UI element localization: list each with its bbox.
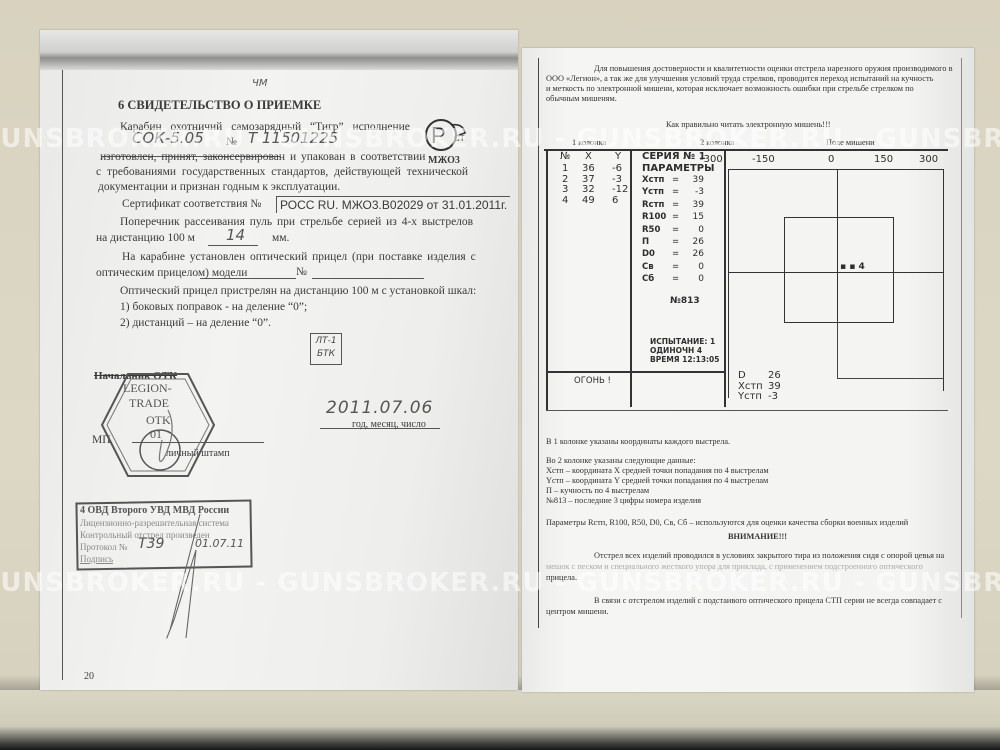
- column-label: 1 колонка: [572, 138, 606, 147]
- column-label: Поле мишени: [826, 138, 875, 147]
- param-eq: =: [672, 200, 679, 210]
- spread-handwritten: 14: [226, 226, 245, 244]
- stamp-text: 01: [150, 427, 162, 442]
- test-info: ИСПЫТАНИЕ: 1: [650, 337, 715, 346]
- right-page: Для повышения достоверности и квалитетно…: [522, 48, 974, 692]
- cert-label: Сертификат соответствия №: [122, 198, 261, 210]
- scope-model-field: [200, 264, 296, 279]
- axis-tick: -150: [752, 154, 775, 165]
- note-line: П – кучность по 4 выстрелам: [546, 486, 649, 495]
- cert-value: РОСС RU. МЖО3.В02029 от 31.01.2011г.: [276, 196, 510, 213]
- param-eq: =: [672, 212, 679, 222]
- spread-unit: мм.: [272, 232, 289, 244]
- attention-text: прицела.: [546, 573, 577, 582]
- printout-frame: [544, 149, 948, 151]
- how-to-read-title: Как правильно читать электронную мишень!…: [666, 120, 830, 129]
- page-number: 20: [84, 671, 94, 682]
- target-outer-frame: [728, 169, 943, 170]
- shot-number: 2: [562, 174, 568, 185]
- attention-text: центром мишени.: [546, 607, 608, 616]
- text-line: На карабине установлен оптический прицел…: [122, 251, 476, 263]
- shot-y: -3: [612, 174, 622, 185]
- param-value: 26: [690, 249, 704, 259]
- shot-y: -6: [612, 163, 622, 174]
- shot-y: 6: [612, 195, 618, 206]
- pct-certification-icon: P CT: [423, 115, 473, 157]
- column-label: 2 колонка: [700, 138, 734, 147]
- text-line: Поперечник рассеивания пуль при стрельбе…: [120, 216, 473, 228]
- stamp-line: ЛТ-1: [311, 334, 341, 348]
- row-divider: [546, 371, 724, 373]
- stamp-line: БТК: [311, 348, 341, 361]
- test-info: ВРЕМЯ 12:13:05: [650, 355, 720, 364]
- target-bottom-line: [837, 378, 944, 379]
- param-eq: =: [672, 237, 679, 247]
- shot-y: -12: [612, 184, 628, 195]
- page-border: [961, 58, 962, 618]
- shot-number: 4: [562, 195, 568, 206]
- shot-x: 36: [582, 163, 595, 174]
- shot-x: 49: [582, 195, 595, 206]
- param-eq: =: [672, 187, 679, 197]
- param-value: -3: [690, 187, 704, 197]
- intro-line: Для повышения достоверности и квалитетно…: [594, 64, 953, 73]
- param-value: 0: [690, 225, 704, 235]
- date-handwritten: 2011.07.06: [326, 398, 433, 418]
- note-line: Yстп – координата Y средней точки попада…: [546, 476, 768, 485]
- intro-line: обычным мишеням.: [546, 94, 617, 103]
- serial-handwritten: Т 11501225: [248, 129, 338, 147]
- target-inner-square: [784, 217, 894, 323]
- note-line: В 1 колонке указаны координаты каждого в…: [546, 437, 730, 446]
- stamp-text: TRADE: [129, 396, 169, 411]
- text-line: 2) дистанций – на деление “0”.: [120, 317, 271, 329]
- param-value: 39: [690, 200, 704, 210]
- param-value: 0: [690, 274, 704, 284]
- text-line: 1) боковых поправок - на деление “0”;: [120, 301, 307, 313]
- shot-cluster-marker: ▪ ▪ 4: [840, 262, 865, 272]
- left-page: ЧМ 6 СВИДЕТЕЛЬСТВО О ПРИЕМКЕ Карабин охо…: [40, 30, 518, 690]
- axis-tick: 300: [919, 154, 938, 165]
- summary-key: D: [738, 370, 746, 381]
- target-vertical-axis: [837, 321, 838, 379]
- attention-text: мешок с песком и специального жесткого у…: [546, 562, 923, 571]
- column-divider: [630, 149, 632, 407]
- shots-header-n: №: [560, 151, 570, 162]
- lt1-stamp: ЛТ-1 БТК: [310, 333, 342, 365]
- param-key: Сб: [642, 274, 654, 284]
- param-value: 39: [690, 175, 704, 185]
- serial-tail: №813: [670, 296, 700, 306]
- text-line: с требованиями государственных стандарто…: [96, 166, 468, 178]
- target-outer-frame: [943, 169, 944, 391]
- attention-text: Отстрел всех изделий проводился в услови…: [594, 551, 944, 560]
- summary-value: -3: [768, 391, 778, 402]
- page-curl: [40, 30, 518, 70]
- param-key: П: [642, 237, 649, 247]
- param-key: Ycтп: [642, 187, 664, 197]
- param-eq: =: [672, 225, 679, 235]
- param-key: Св: [642, 262, 654, 272]
- text-line: документации и признан годным к эксплуат…: [98, 181, 340, 193]
- summary-key: Хстп: [738, 381, 763, 392]
- page-border: [62, 70, 63, 680]
- param-key: R50: [642, 225, 660, 235]
- shot-x: 37: [582, 174, 595, 185]
- param-key: R100: [642, 212, 666, 222]
- page-border: [538, 58, 539, 628]
- fire-label: ОГОНЬ !: [574, 376, 611, 386]
- cert-mark-label: МЖО3: [428, 155, 460, 166]
- param-eq: =: [672, 274, 679, 284]
- section-title: 6 СВИДЕТЕЛЬСТВО О ПРИЕМКЕ: [118, 98, 321, 113]
- column-divider: [724, 149, 726, 407]
- svg-text:P: P: [431, 123, 446, 148]
- axis-tick: 0: [828, 154, 834, 165]
- note-line: №813 – последние 3 цифры номера изделия: [546, 496, 701, 505]
- summary-value: 39: [768, 381, 781, 392]
- top-mark: ЧМ: [252, 78, 267, 89]
- param-value: 0: [690, 262, 704, 272]
- shots-header-y: Y: [615, 151, 621, 162]
- stamp-text: OTK: [146, 413, 171, 428]
- param-eq: =: [672, 262, 679, 272]
- desk-surface: [0, 690, 1000, 750]
- param-key: Rcтп: [642, 200, 664, 210]
- param-key: D0: [642, 249, 655, 259]
- scope-number-label: №: [296, 266, 307, 278]
- param-eq: =: [672, 249, 679, 259]
- shot-number: 3: [562, 184, 568, 195]
- intro-line: и меткость по электронной мишени, котора…: [546, 84, 914, 93]
- attention-title: ВНИМАНИЕ!!!: [728, 532, 787, 541]
- mvd-stamp-line: Протокол №: [80, 542, 127, 552]
- series-label: СЕРИЯ № 1: [642, 151, 706, 162]
- param-key: Хстп: [642, 175, 664, 185]
- note-line: Во 2 колонке указаны следующие данные:: [546, 456, 696, 465]
- scope-number-field: [312, 264, 424, 279]
- intro-line: ООО «Легион», а так же для улучшения усл…: [546, 74, 933, 83]
- signature-scribble: [160, 510, 220, 650]
- test-info: ОДИНОЧН 4: [650, 346, 702, 355]
- date-label: год, месяц, число: [352, 419, 426, 430]
- param-value: 15: [690, 212, 704, 222]
- note-line: Параметры Rстп, R100, R50, D0, Св, Сб – …: [546, 518, 908, 527]
- variant-handwritten: СОК-5.05: [132, 129, 204, 147]
- text-line: изготовлен, принят, законсервирован и уп…: [100, 151, 425, 163]
- note-line: Хстп – координата X средней точки попада…: [546, 466, 769, 475]
- param-value: 26: [690, 237, 704, 247]
- attention-text: В связи с отстрелом изделий с подстаивог…: [594, 596, 942, 605]
- shot-number: 1: [562, 163, 568, 174]
- mvd-stamp-line: Подпись: [80, 554, 113, 564]
- stamp-text: LEGION-: [123, 381, 172, 396]
- target-outer-frame: [728, 170, 729, 398]
- shot-x: 32: [582, 184, 595, 195]
- axis-tick: 150: [874, 154, 893, 165]
- svg-text:CT: CT: [454, 134, 465, 143]
- param-eq: =: [672, 175, 679, 185]
- text-line: Оптический прицел пристрелян на дистанци…: [120, 285, 476, 297]
- summary-value: 26: [768, 370, 781, 381]
- number-label: №: [226, 136, 237, 148]
- distance-label: на дистанцию 100 м: [96, 232, 195, 244]
- printout-frame: [546, 410, 948, 411]
- axis-tick: -300: [700, 154, 723, 165]
- summary-key: Ycтп: [738, 391, 762, 402]
- shots-header-x: X: [585, 151, 592, 162]
